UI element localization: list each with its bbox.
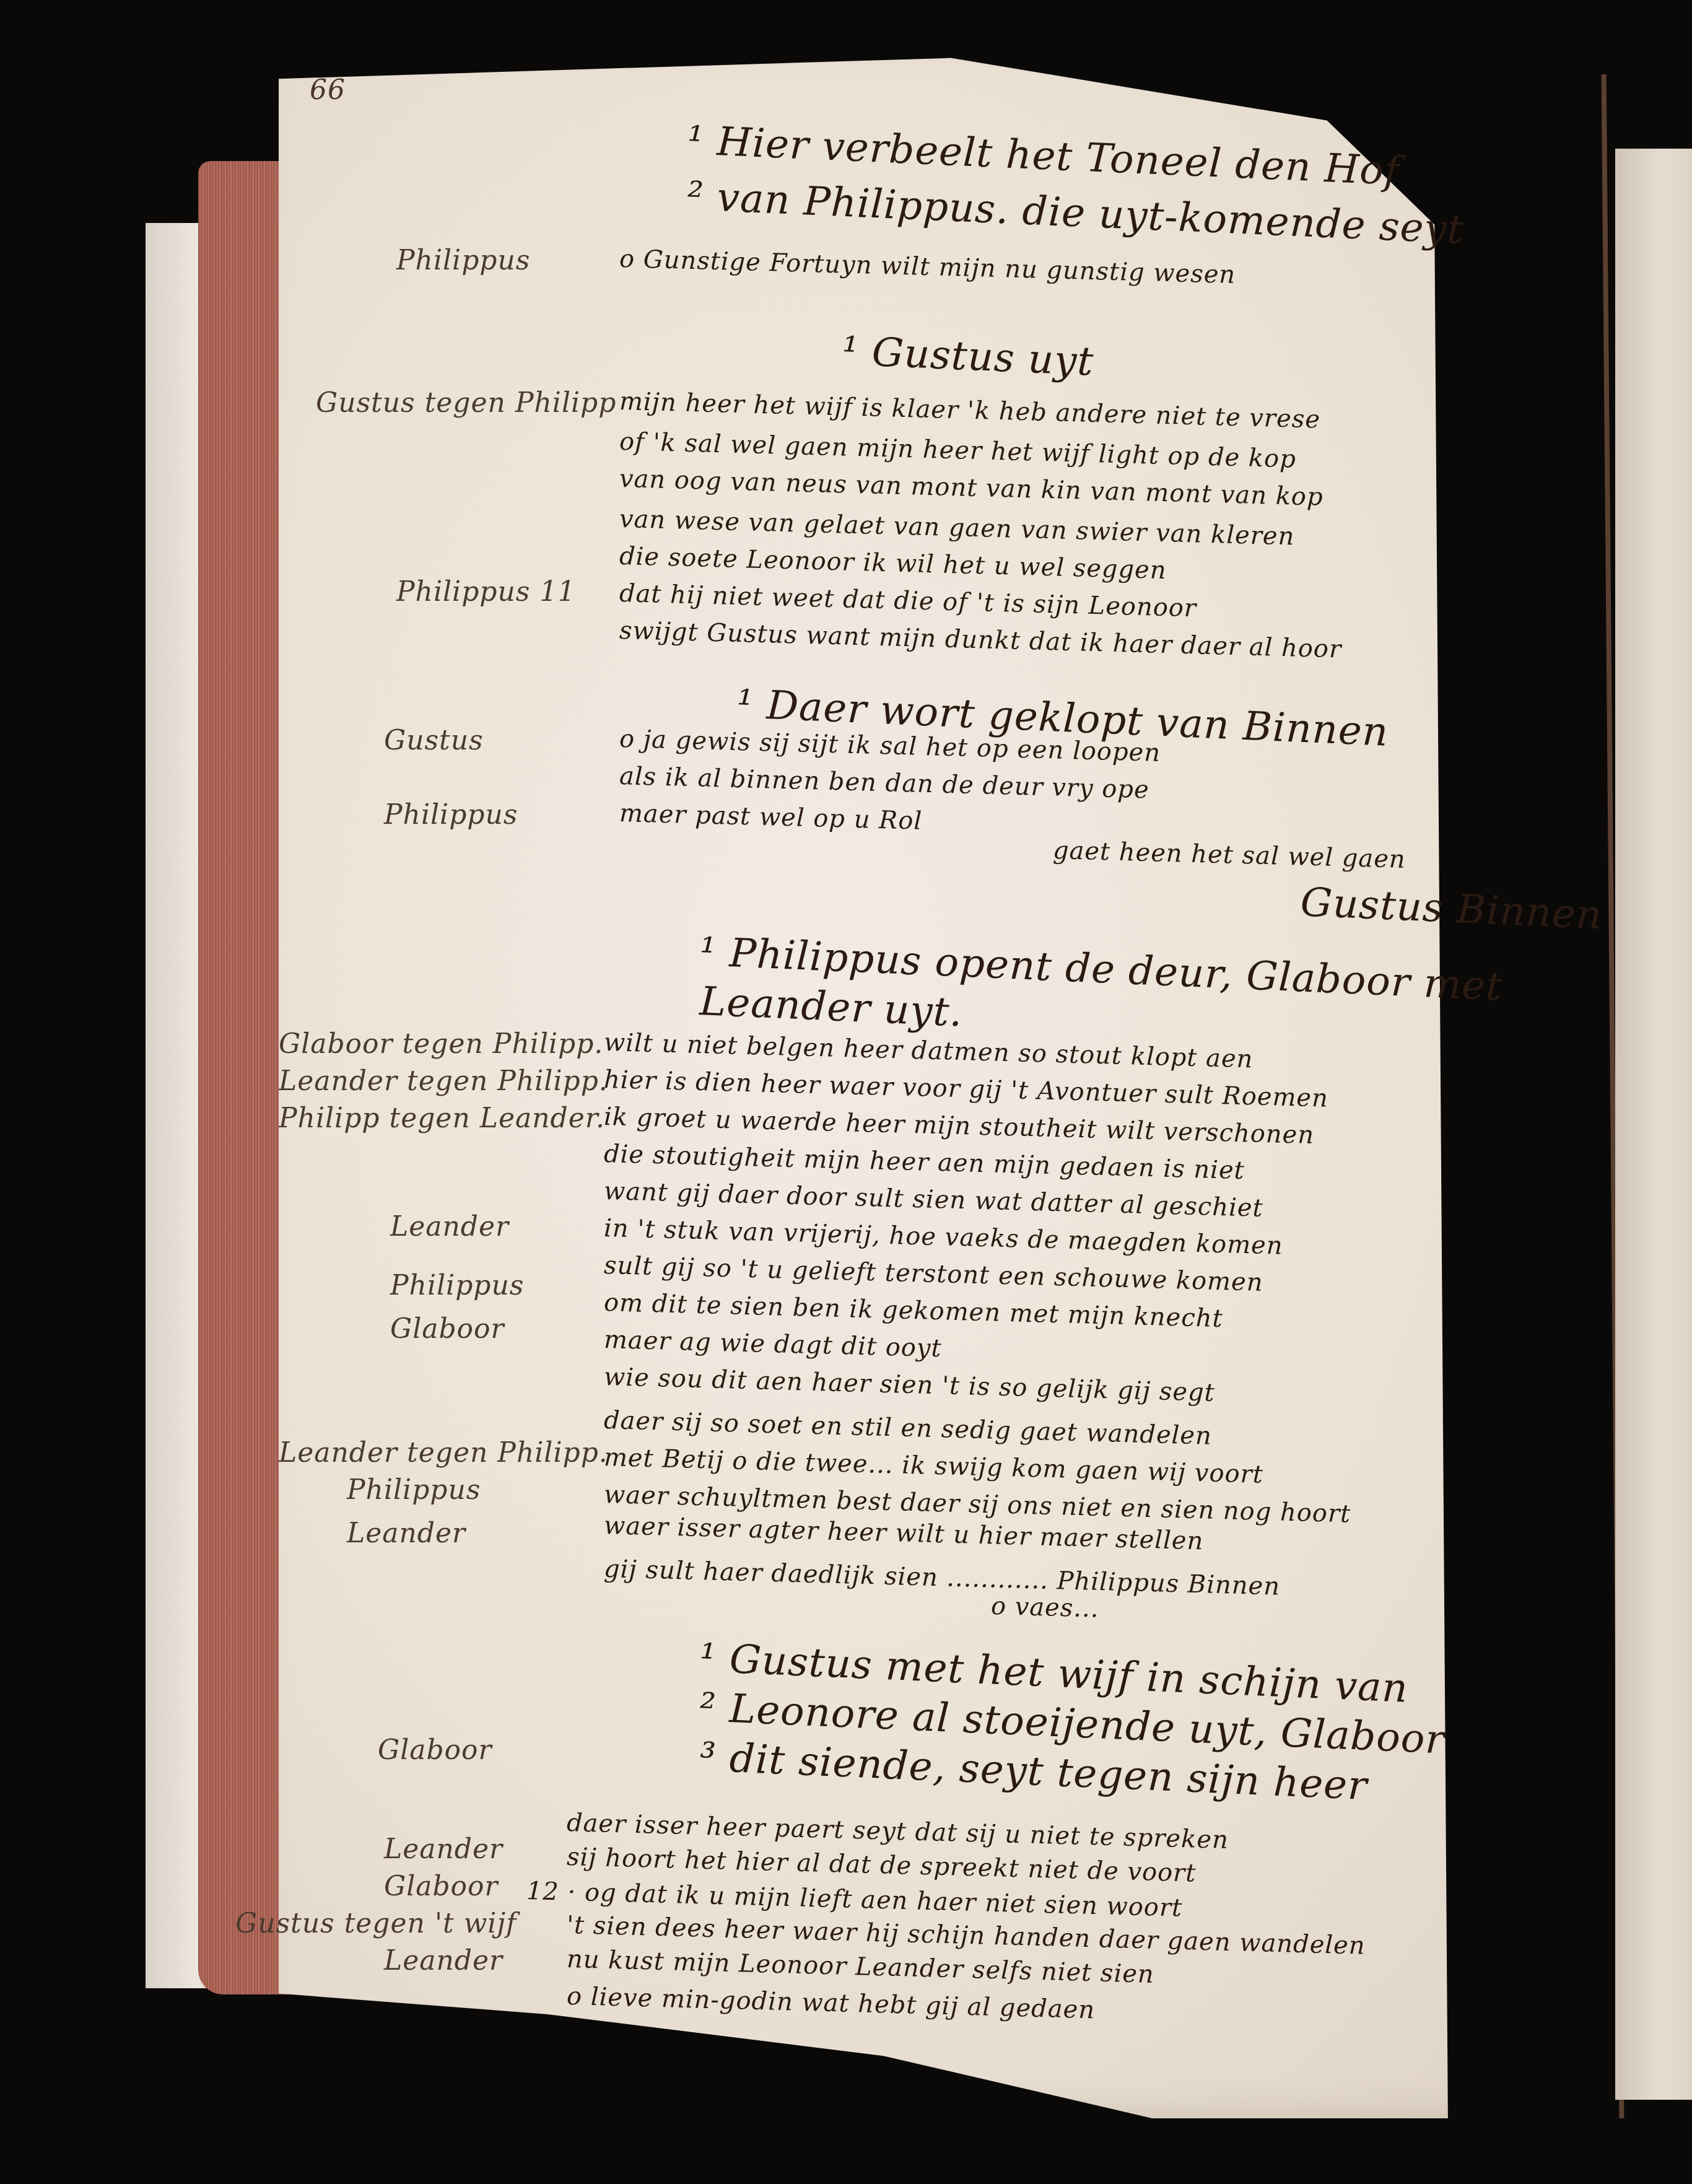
speaker-label: Philipp tegen Leander. bbox=[279, 1103, 605, 1134]
speaker-label: Leander tegen Philipp. bbox=[279, 1437, 608, 1469]
speaker-label: Glaboor bbox=[390, 1313, 505, 1345]
speaker-label: Leander bbox=[384, 1945, 503, 1977]
speaker-label: Philippus bbox=[347, 1474, 481, 1506]
speaker-label: Leander bbox=[384, 1833, 503, 1865]
page-edges bbox=[198, 161, 291, 1994]
speaker-label: Glaboor bbox=[384, 1871, 499, 1902]
speaker-label: Leander tegen Philipp. bbox=[279, 1065, 608, 1097]
speaker-label: Gustus bbox=[384, 725, 484, 756]
folio-number: 66 bbox=[310, 74, 346, 106]
speaker-label: Glaboor tegen Philipp. bbox=[279, 1028, 603, 1060]
speaker-label: Leander bbox=[390, 1211, 509, 1243]
speaker-label: Glaboor bbox=[378, 1734, 492, 1766]
speaker-label: Philippus bbox=[390, 1270, 524, 1301]
dialogue-line: o vaes... bbox=[990, 1592, 1099, 1623]
speaker-label: Philippus 11 bbox=[396, 576, 575, 608]
speaker-label: Philippus bbox=[384, 799, 518, 831]
speaker-label: Philippus bbox=[396, 245, 530, 276]
speaker-label: Gustus tegen 't wijf bbox=[235, 1908, 517, 1939]
speaker-label: Gustus tegen Philipp bbox=[316, 387, 616, 419]
facing-page bbox=[1615, 149, 1692, 2100]
speaker-label: Leander bbox=[347, 1518, 466, 1549]
